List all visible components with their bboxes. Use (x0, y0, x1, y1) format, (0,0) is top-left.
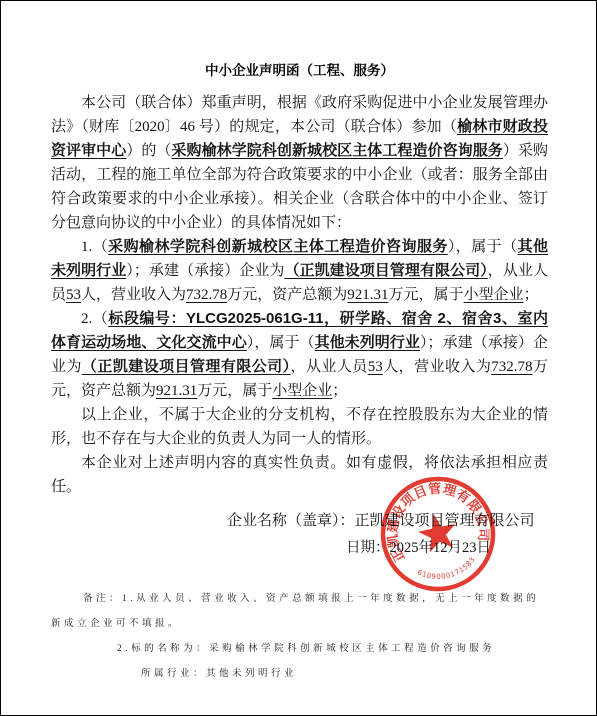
text-run: 人，营业收入为 (81, 287, 186, 303)
text-run: 小型企业 (464, 287, 524, 303)
text-run: 921.31 (347, 287, 388, 303)
text-run: 万元，属于 (197, 383, 272, 399)
text-run: ，从业人员 (291, 359, 368, 375)
text-run: ）；承建（承接）企业为 (126, 263, 284, 279)
company-signature-line: 企业名称（盖章）：正凯建设项目管理有限公司 (51, 509, 548, 530)
paragraph-item-1: 1.（采购榆林学院科创新城校区主体工程造价咨询服务），属于（其他未列明行业）；承… (51, 235, 548, 307)
text-run: 1.（ (81, 239, 108, 255)
text-run: 732.78 (491, 359, 532, 375)
page-title: 中小企业声明函（工程、服务） (51, 59, 548, 79)
footnotes: 备注：1.从业人员、营业收入、资产总额填报上一年度数据，无上一年度数据的新成立企… (51, 587, 548, 687)
text-run: 53 (368, 359, 383, 375)
text-run: 53 (66, 287, 81, 303)
text-run: 2.（ (81, 311, 108, 327)
date-line: 日期：2025年12月23日 (51, 536, 548, 557)
text-run: ），属于（ (448, 239, 518, 255)
text-run: 人，营业收入为 (383, 359, 492, 375)
text-run: ），属于（ (247, 335, 315, 351)
text-run: 921.31 (156, 383, 197, 399)
text-run: 采购榆林学院科创新城校区主体工程造价咨询服务 (172, 142, 503, 159)
text-run: ； (332, 383, 347, 399)
footnote-industry: 所属行业：其他未列明行业 (141, 662, 548, 687)
text-run: 万元，资产总额为 (227, 287, 347, 303)
text-run: 其他未列明行业 (315, 334, 420, 351)
text-run: （正凯建设项目管理有限公司） (284, 262, 487, 279)
footnote-remark: 备注：1.从业人员、营业收入、资产总额填报上一年度数据，无上一年度数据的新成立企… (51, 587, 548, 637)
paragraph-declaration: 本公司（联合体）郑重声明，根据《政府采购促进中小企业发展管理办法》（财库〔202… (51, 91, 548, 235)
footnote-subject-name: 2.标的名称为：采购榆林学院科创新城校区主体工程造价咨询服务 (117, 637, 548, 662)
text-run: ； (524, 287, 539, 303)
text-run: 万元，属于 (389, 287, 464, 303)
text-run: 小型企业 (272, 383, 332, 399)
text-run: ）的（ (126, 143, 171, 159)
paragraph-item-2: 2.（标段编号：YLCG2025-061G-11，研学路、宿舍 2、宿舍3、室内… (51, 307, 548, 403)
text-run: 采购榆林学院科创新城校区主体工程造价咨询服务 (108, 238, 448, 255)
declaration-document: 中小企业声明函（工程、服务） 本公司（联合体）郑重声明，根据《政府采购促进中小企… (0, 0, 597, 716)
paragraph-no-large-enterprise: 以上企业，不属于大企业的分支机构，不存在控股股东为大企业的情形，也不存在与大企业… (51, 403, 548, 451)
document-content: 中小企业声明函（工程、服务） 本公司（联合体）郑重声明，根据《政府采购促进中小企… (1, 1, 596, 687)
text-run: （正凯建设项目管理有限公司） (82, 358, 291, 375)
paragraph-responsibility: 本企业对上述声明内容的真实性负责。如有虚假，将依法承担相应责任。 (51, 451, 548, 499)
text-run: 732.78 (186, 287, 227, 303)
